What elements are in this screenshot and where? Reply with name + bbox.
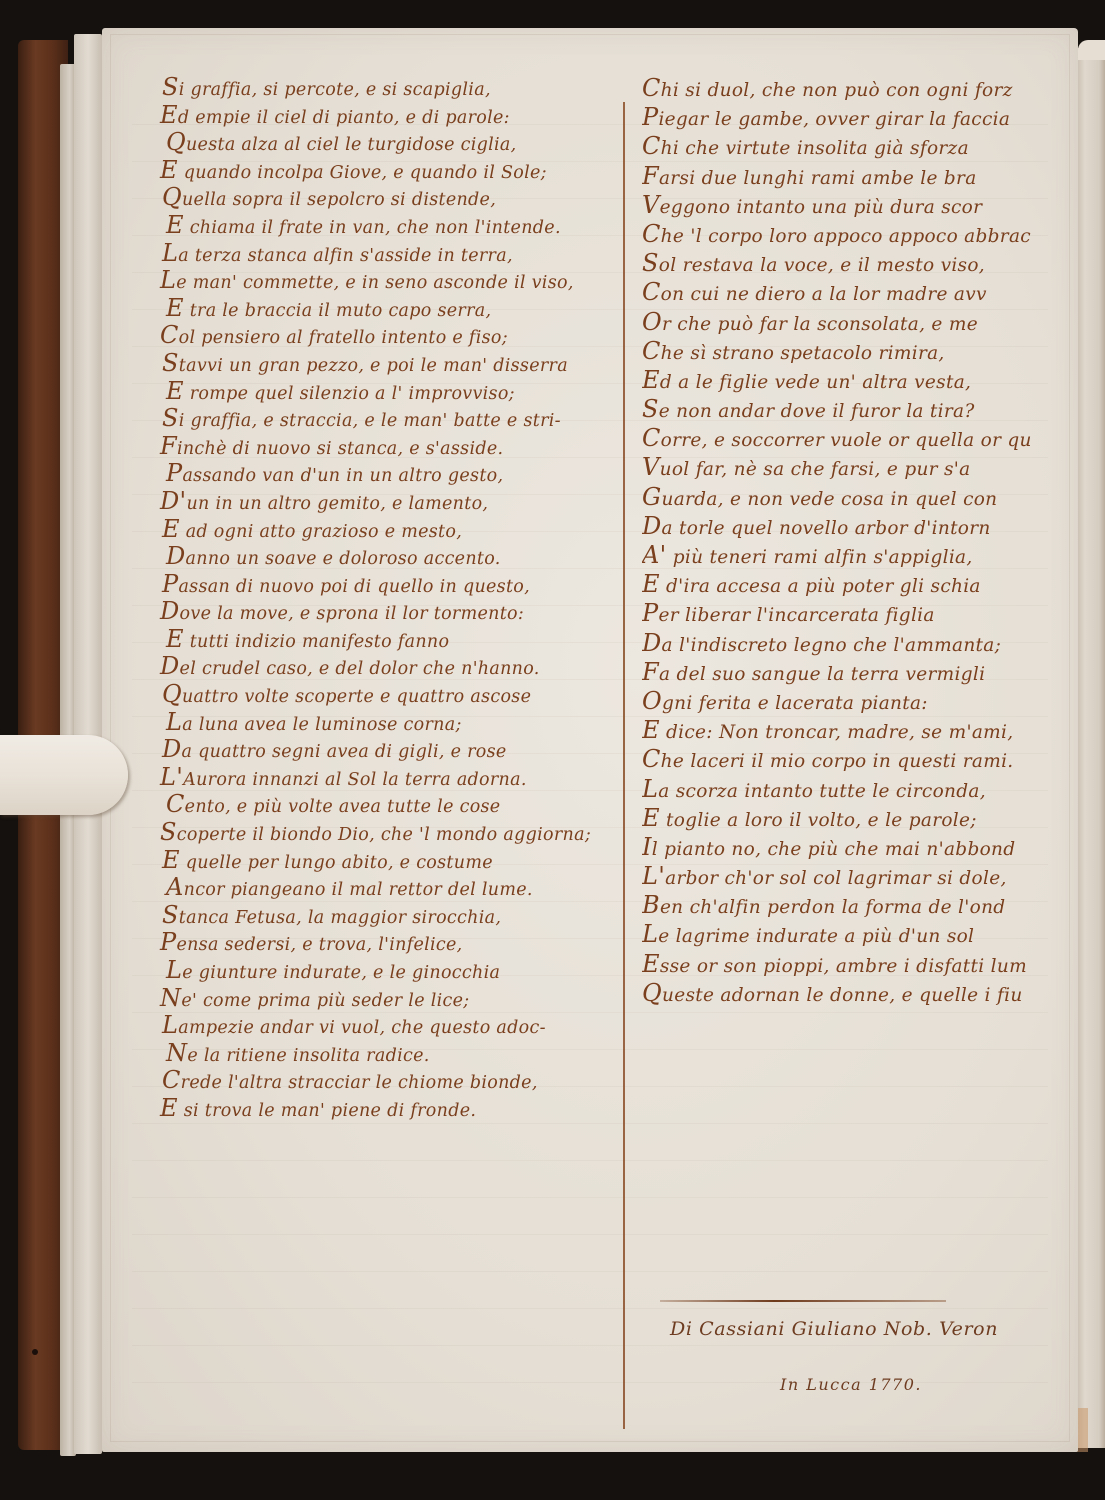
verse-line: Queste adornan le donne, e quelle i fiu	[642, 979, 1078, 1008]
verse-line: Col pensiero al fratello intento e fiso;	[160, 322, 620, 350]
verse-line: Esse or son pioppi, ambre i disfatti lum	[642, 950, 1078, 979]
verse-line: Vuol far, nè sa che farsi, e pur s'a	[642, 453, 1078, 482]
verse-line: Piegar le gambe, ovver girar la faccia	[642, 103, 1078, 132]
verse-line: Quella sopra il sepolcro si distende,	[160, 184, 620, 212]
verse-line: Che 'l corpo loro appoco appoco abbrac	[642, 220, 1078, 249]
verse-line: Chi che virtute insolita già sforza	[642, 132, 1078, 161]
verse-line: Ed a le figlie vede un' altra vesta,	[642, 366, 1078, 395]
column-divider-line	[623, 102, 625, 1429]
verse-line: Con cui ne diero a la lor madre avv	[642, 278, 1078, 307]
verse-line: L'arbor ch'or sol col lagrimar si dole,	[642, 862, 1078, 891]
verse-line: E si trova le man' piene di fronde.	[160, 1095, 620, 1123]
verse-line: A' più teneri rami alfin s'appiglia,	[642, 541, 1078, 570]
verse-line: Questa alza al ciel le turgidose ciglia,	[160, 129, 620, 157]
verse-line: Corre, e soccorrer vuole or quella or qu	[642, 424, 1078, 453]
verse-line: Che laceri il mio corpo in questi rami.	[642, 745, 1078, 774]
author-signature: Di Cassiani Giuliano Nob. Veron	[670, 1318, 998, 1340]
verse-line: Per liberar l'incarcerata figlia	[642, 599, 1078, 628]
verse-line: Sol restava la voce, e il mesto viso,	[642, 249, 1078, 278]
verse-line: La terza stanca alfin s'asside in terra,	[160, 240, 620, 268]
verse-line: Stanca Fetusa, la maggior sirocchia,	[160, 902, 620, 930]
verse-line: Chi si duol, che non può con ogni forz	[642, 74, 1078, 103]
verse-line: L'Aurora innanzi al Sol la terra adorna.	[160, 764, 620, 792]
verse-line: Ancor piangeano il mal rettor del lume.	[160, 874, 620, 902]
verse-line: Scoperte il biondo Dio, che 'l mondo agg…	[160, 819, 620, 847]
verse-line: Se non andar dove il furor la tira?	[642, 395, 1078, 424]
signature-rule-line	[660, 1300, 946, 1302]
verse-line: Cento, e più volte avea tutte le cose	[160, 791, 620, 819]
verse-line: Le lagrime indurate a più d'un sol	[642, 920, 1078, 949]
verse-line: Dove la move, e sprona il lor tormento:	[160, 598, 620, 626]
verse-line: Le giunture indurate, e le ginocchia	[160, 957, 620, 985]
page-corner-curl	[1078, 40, 1105, 60]
verse-line: Quattro volte scoperte e quattro ascose	[160, 681, 620, 709]
verse-line: E quelle per lungo abito, e costume	[160, 847, 620, 875]
verse-line: Il pianto no, che più che mai n'abbond	[642, 833, 1078, 862]
verse-line: Ne la ritiene insolita radice.	[160, 1040, 620, 1068]
verse-line: Si graffia, e straccia, e le man' batte …	[160, 405, 620, 433]
verse-line: Fa del suo sangue la terra vermigli	[642, 658, 1078, 687]
verse-line: Passan di nuovo poi di quello in questo,	[160, 571, 620, 599]
verse-line: Guarda, e non vede cosa in quel con	[642, 483, 1078, 512]
verse-line: E d'ira accesa a più poter gli schia	[642, 570, 1078, 599]
manuscript-page: Si graffia, si percote, e si scapiglia, …	[102, 28, 1078, 1452]
bone-folder-bookmark	[0, 735, 128, 815]
left-verse-column: Si graffia, si percote, e si scapiglia, …	[160, 74, 620, 1123]
verse-line: Si graffia, si percote, e si scapiglia,	[160, 74, 620, 102]
binding-nail-hole	[32, 1349, 38, 1355]
verse-line: Che sì strano spetacolo rimira,	[642, 337, 1078, 366]
verse-line: E dice: Non troncar, madre, se m'ami,	[642, 716, 1078, 745]
verse-line: E tutti indizio manifesto fanno	[160, 626, 620, 654]
verse-line: E rompe quel silenzio a l' improvviso;	[160, 378, 620, 406]
verse-line: E toglie a loro il volto, e le parole;	[642, 804, 1078, 833]
verse-line: Or che può far la sconsolata, e me	[642, 308, 1078, 337]
verse-line: Pensa sedersi, e trova, l'infelice,	[160, 929, 620, 957]
verse-line: Da torle quel novello arbor d'intorn	[642, 512, 1078, 541]
verse-line: La scorza intanto tutte le circonda,	[642, 775, 1078, 804]
verse-line: Passando van d'un in un altro gesto,	[160, 460, 620, 488]
verse-line: D'un in un altro gemito, e lamento,	[160, 488, 620, 516]
verse-line: Da l'indiscreto legno che l'ammanta;	[642, 629, 1078, 658]
verse-line: Crede l'altra stracciar le chiome bionde…	[160, 1067, 620, 1095]
verse-line: Le man' commette, e in seno asconde il v…	[160, 267, 620, 295]
page-stack-right	[1076, 48, 1105, 1448]
verse-line: E chiama il frate in van, che non l'inte…	[160, 212, 620, 240]
verse-line: Lampezie andar vi vuol, che questo adoc-	[160, 1012, 620, 1040]
verse-line: Farsi due lunghi rami ambe le bra	[642, 162, 1078, 191]
place-and-date: In Lucca 1770.	[780, 1375, 922, 1394]
verse-line: Ben ch'alfin perdon la forma de l'ond	[642, 891, 1078, 920]
verse-line: E quando incolpa Giove, e quando il Sole…	[160, 157, 620, 185]
verse-line: Ne' come prima più seder le lice;	[160, 985, 620, 1013]
verse-line: Da quattro segni avea di gigli, e rose	[160, 736, 620, 764]
verse-line: Stavvi un gran pezzo, e poi le man' diss…	[160, 350, 620, 378]
right-verse-column: Chi si duol, che non può con ogni forz P…	[642, 74, 1078, 1008]
verse-line: La luna avea le luminose corna;	[160, 709, 620, 737]
verse-line: Finchè di nuovo si stanca, e s'asside.	[160, 433, 620, 461]
verse-line: E ad ogni atto grazioso e mesto,	[160, 516, 620, 544]
manuscript-photo: Si graffia, si percote, e si scapiglia, …	[0, 0, 1105, 1500]
verse-line: Ogni ferita e lacerata pianta:	[642, 687, 1078, 716]
verse-line: Del crudel caso, e del dolor che n'hanno…	[160, 653, 620, 681]
verse-line: Danno un soave e doloroso accento.	[160, 543, 620, 571]
verse-line: E tra le braccia il muto capo serra,	[160, 295, 620, 323]
verse-line: Veggono intanto una più dura scor	[642, 191, 1078, 220]
verse-line: Ed empie il ciel di pianto, e di parole:	[160, 102, 620, 130]
